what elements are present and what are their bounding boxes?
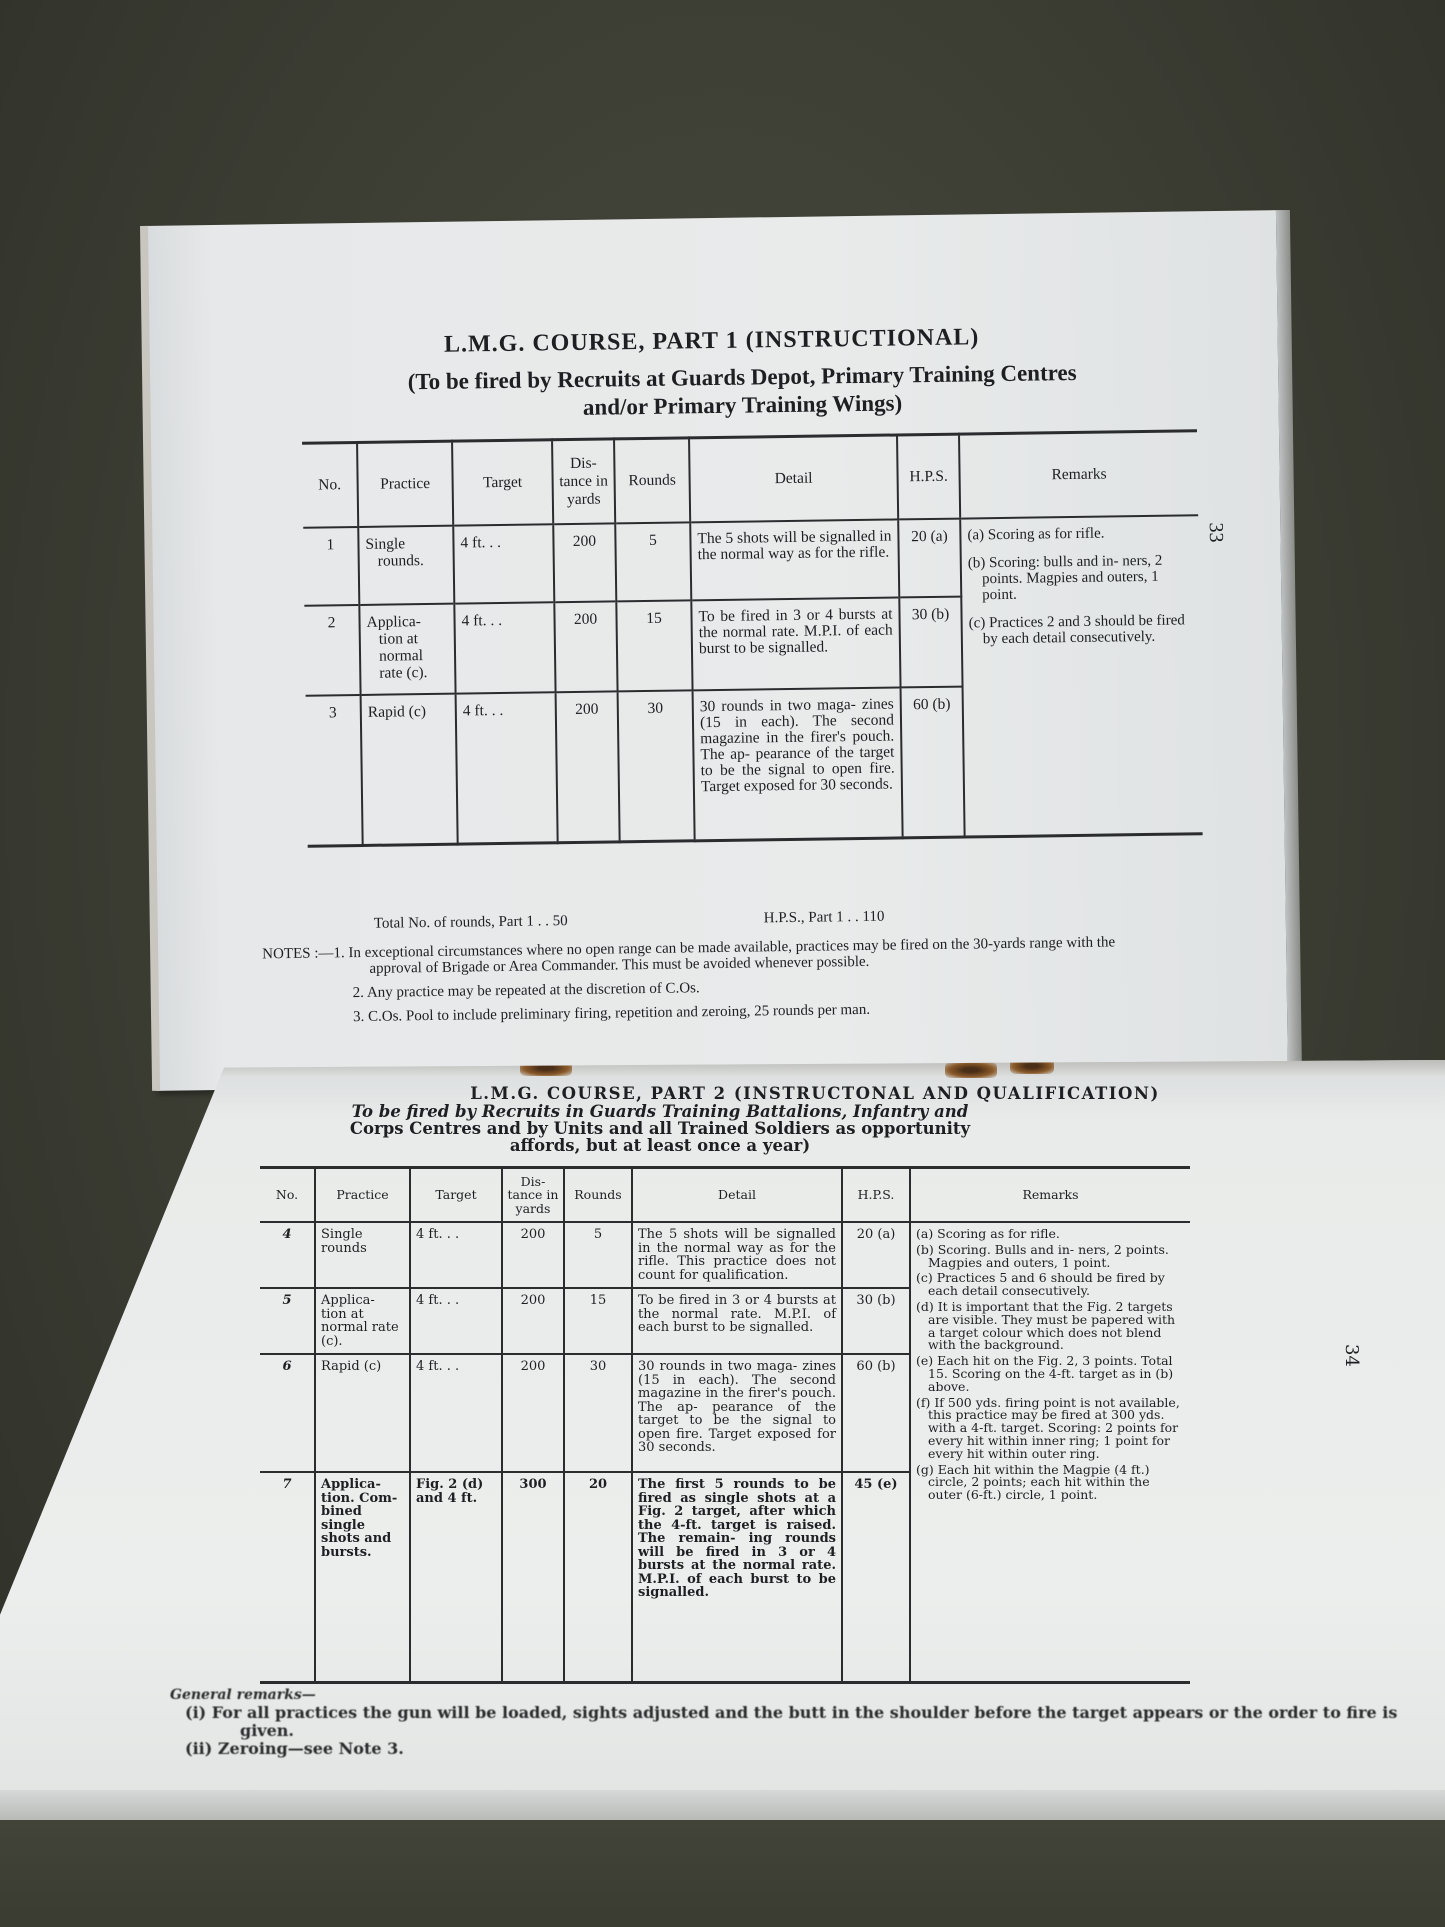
remark-b: (b) Scoring: bulls and in- ners, 2 point… (968, 552, 1194, 603)
header-rounds: Rounds (614, 438, 690, 524)
header-target: Target (452, 440, 553, 526)
header-remarks: Remarks (910, 1168, 1190, 1223)
table-row: 1 Single rounds. 4 ft. . . 200 5 The 5 s… (303, 515, 1199, 605)
cell-no: 2 (304, 605, 360, 696)
cell-rounds: 30 (618, 690, 695, 841)
cell-rounds: 5 (615, 522, 691, 601)
cell-target: 4 ft. . . (454, 602, 555, 693)
cell-target: 4 ft. . . (453, 524, 554, 603)
cell-rounds: 20 (564, 1472, 632, 1682)
cell-practice: Single rounds. (358, 526, 454, 605)
cell-distance: 200 (554, 601, 617, 692)
header-target: Target (410, 1168, 502, 1223)
cell-no: 6 (260, 1354, 315, 1472)
page-subtitle: (To be fired by Recruits at Guards Depot… (266, 357, 1219, 426)
note-text: 1. In exceptional circumstances where no… (333, 934, 1115, 976)
header-practice: Practice (357, 441, 453, 527)
page-subtitle: To be fired by Recruits in Guards Traini… (220, 1103, 1100, 1154)
page-edge (1276, 210, 1302, 1075)
practice-text: Single rounds. (365, 535, 446, 570)
page-number: 33 (1204, 522, 1227, 542)
page-title: L.M.G. COURSE, PART 1 (INSTRUCTIONAL) (146, 320, 1278, 363)
page-bottom-edge (0, 1790, 1445, 1820)
general-remark-item: (i) For all practices the gun will be lo… (170, 1704, 1430, 1740)
cell-rounds: 30 (564, 1354, 632, 1472)
cell-detail: 30 rounds in two maga- zines (15 in each… (693, 687, 903, 840)
cell-target: 4 ft. . . (456, 692, 558, 843)
cell-practice: Single rounds (315, 1222, 410, 1288)
cell-hps: 45 (e) (842, 1472, 910, 1682)
subtitle-line: affords, but at least once a year) (220, 1137, 1100, 1154)
cell-hps: 60 (b) (842, 1354, 910, 1472)
cell-distance: 200 (556, 691, 620, 842)
header-distance: Dis- tance in yards (502, 1168, 564, 1223)
cell-practice: Rapid (c) (315, 1354, 410, 1472)
header-remarks: Remarks (959, 431, 1198, 519)
totals-line: Total No. of rounds, Part 1 . . 50 H.P.S… (344, 904, 1194, 916)
table-row: 4 Single rounds 4 ft. . . 200 5 The 5 sh… (260, 1222, 1190, 1288)
cell-detail: 30 rounds in two maga- zines (15 in each… (632, 1354, 842, 1472)
cell-target: 4 ft. . . (410, 1288, 502, 1354)
cell-distance: 200 (502, 1354, 564, 1472)
header-no: No. (260, 1168, 315, 1223)
remark-g: (g) Each hit within the Magpie (4 ft.) c… (916, 1464, 1185, 1502)
cell-hps: 30 (b) (842, 1288, 910, 1354)
table-header-row: No. Practice Target Dis- tance in yards … (260, 1168, 1190, 1223)
page-number: 34 (1341, 1344, 1362, 1367)
cell-rounds: 15 (616, 600, 692, 691)
remark-a: (a) Scoring as for rifle. (916, 1228, 1185, 1241)
cell-detail: To be fired in 3 or 4 bursts at the norm… (632, 1288, 842, 1354)
cell-rounds: 5 (564, 1222, 632, 1288)
remark-a: (a) Scoring as for rifle. (967, 524, 1192, 543)
subtitle-line: Corps Centres and by Units and all Train… (220, 1120, 1100, 1137)
note-1: NOTES :—1. In exceptional circumstances … (262, 934, 1122, 978)
header-hps: H.P.S. (897, 434, 960, 519)
header-distance: Dis- tance in yards (552, 439, 615, 524)
cell-target: 4 ft. . . (410, 1222, 502, 1288)
cell-no: 3 (306, 695, 363, 846)
page-34: L.M.G. COURSE, PART 2 (INSTRUCTONAL AND … (0, 1060, 1445, 1820)
header-detail: Detail (632, 1168, 842, 1223)
note-3: 3. C.Os. Pool to include preliminary fir… (263, 998, 1123, 1026)
cell-detail: To be fired in 3 or 4 bursts at the norm… (691, 597, 900, 690)
subtitle-line: To be fired by Recruits in Guards Traini… (220, 1103, 1100, 1120)
cell-detail: The first 5 rounds to be fired as single… (632, 1472, 842, 1682)
total-rounds: Total No. of rounds, Part 1 . . 50 (374, 913, 568, 933)
cell-practice: Applica- tion. Com- bined single shots a… (315, 1472, 410, 1682)
general-remarks-heading: General remarks— (170, 1686, 1430, 1704)
remark-b: (b) Scoring. Bulls and in- ners, 2 point… (916, 1244, 1185, 1270)
cell-remarks: (a) Scoring as for rifle. (b) Scoring: b… (960, 515, 1202, 836)
notes-section: NOTES :—1. In exceptional circumstances … (262, 934, 1123, 1026)
course-table-part-1: No. Practice Target Dis- tance in yards … (302, 429, 1203, 847)
cell-hps: 30 (b) (899, 597, 962, 688)
remark-c: (c) Practices 2 and 3 should be fired by… (969, 612, 1194, 647)
cell-practice: Rapid (c) (361, 694, 458, 845)
course-table-part-2: No. Practice Target Dis- tance in yards … (260, 1166, 1190, 1684)
cell-target: 4 ft. . . (410, 1354, 502, 1472)
general-remark-item: (ii) Zeroing—see Note 3. (170, 1740, 1430, 1758)
header-detail: Detail (689, 435, 898, 522)
remark-f: (f) If 500 yds. firing point is not avai… (916, 1397, 1185, 1461)
cell-no: 7 (260, 1472, 315, 1682)
cell-hps: 20 (a) (842, 1222, 910, 1288)
header-no: No. (302, 442, 358, 527)
page-34-content: L.M.G. COURSE, PART 2 (INSTRUCTONAL AND … (180, 1078, 1410, 1154)
practice-text: Applica- tion at normal rate (c). (366, 613, 448, 682)
cell-rounds: 15 (564, 1288, 632, 1354)
header-rounds: Rounds (564, 1168, 632, 1223)
note-2: 2. Any practice may be repeated at the d… (263, 974, 1123, 1002)
table-header-row: No. Practice Target Dis- tance in yards … (302, 431, 1198, 528)
cell-distance: 300 (502, 1472, 564, 1682)
page-33: L.M.G. COURSE, PART 1 (INSTRUCTIONAL) (T… (144, 210, 1288, 1091)
remark-d: (d) It is important that the Fig. 2 targ… (916, 1301, 1185, 1352)
cell-no: 4 (260, 1222, 315, 1288)
notes-label: NOTES :— (262, 945, 333, 962)
cell-distance: 200 (502, 1288, 564, 1354)
cell-practice: Applica- tion at normal rate (c). (315, 1288, 410, 1354)
header-hps: H.P.S. (842, 1168, 910, 1223)
cell-detail: The 5 shots will be signalled in the nor… (632, 1222, 842, 1288)
cell-no: 5 (260, 1288, 315, 1354)
page-title: L.M.G. COURSE, PART 2 (INSTRUCTONAL AND … (220, 1084, 1410, 1103)
header-practice: Practice (315, 1168, 410, 1223)
cell-distance: 200 (502, 1222, 564, 1288)
cell-distance: 200 (553, 523, 616, 602)
cell-detail: The 5 shots will be signalled in the nor… (690, 519, 899, 600)
total-hps: H.P.S., Part 1 . . 110 (764, 909, 885, 928)
cell-no: 1 (303, 527, 359, 606)
staple-rust-mark (945, 1062, 997, 1078)
practice-text: Rapid (c) (368, 703, 449, 721)
general-remarks: General remarks— (i) For all practices t… (170, 1686, 1430, 1758)
cell-practice: Applica- tion at normal rate (c). (359, 604, 455, 695)
remark-e: (e) Each hit on the Fig. 2, 3 points. To… (916, 1355, 1185, 1393)
cell-hps: 60 (b) (901, 687, 965, 838)
cell-hps: 20 (a) (898, 519, 961, 598)
remark-c: (c) Practices 5 and 6 should be fired by… (916, 1272, 1185, 1298)
cell-remarks: (a) Scoring as for rifle. (b) Scoring. B… (910, 1222, 1190, 1682)
cell-target: Fig. 2 (d) and 4 ft. (410, 1472, 502, 1682)
